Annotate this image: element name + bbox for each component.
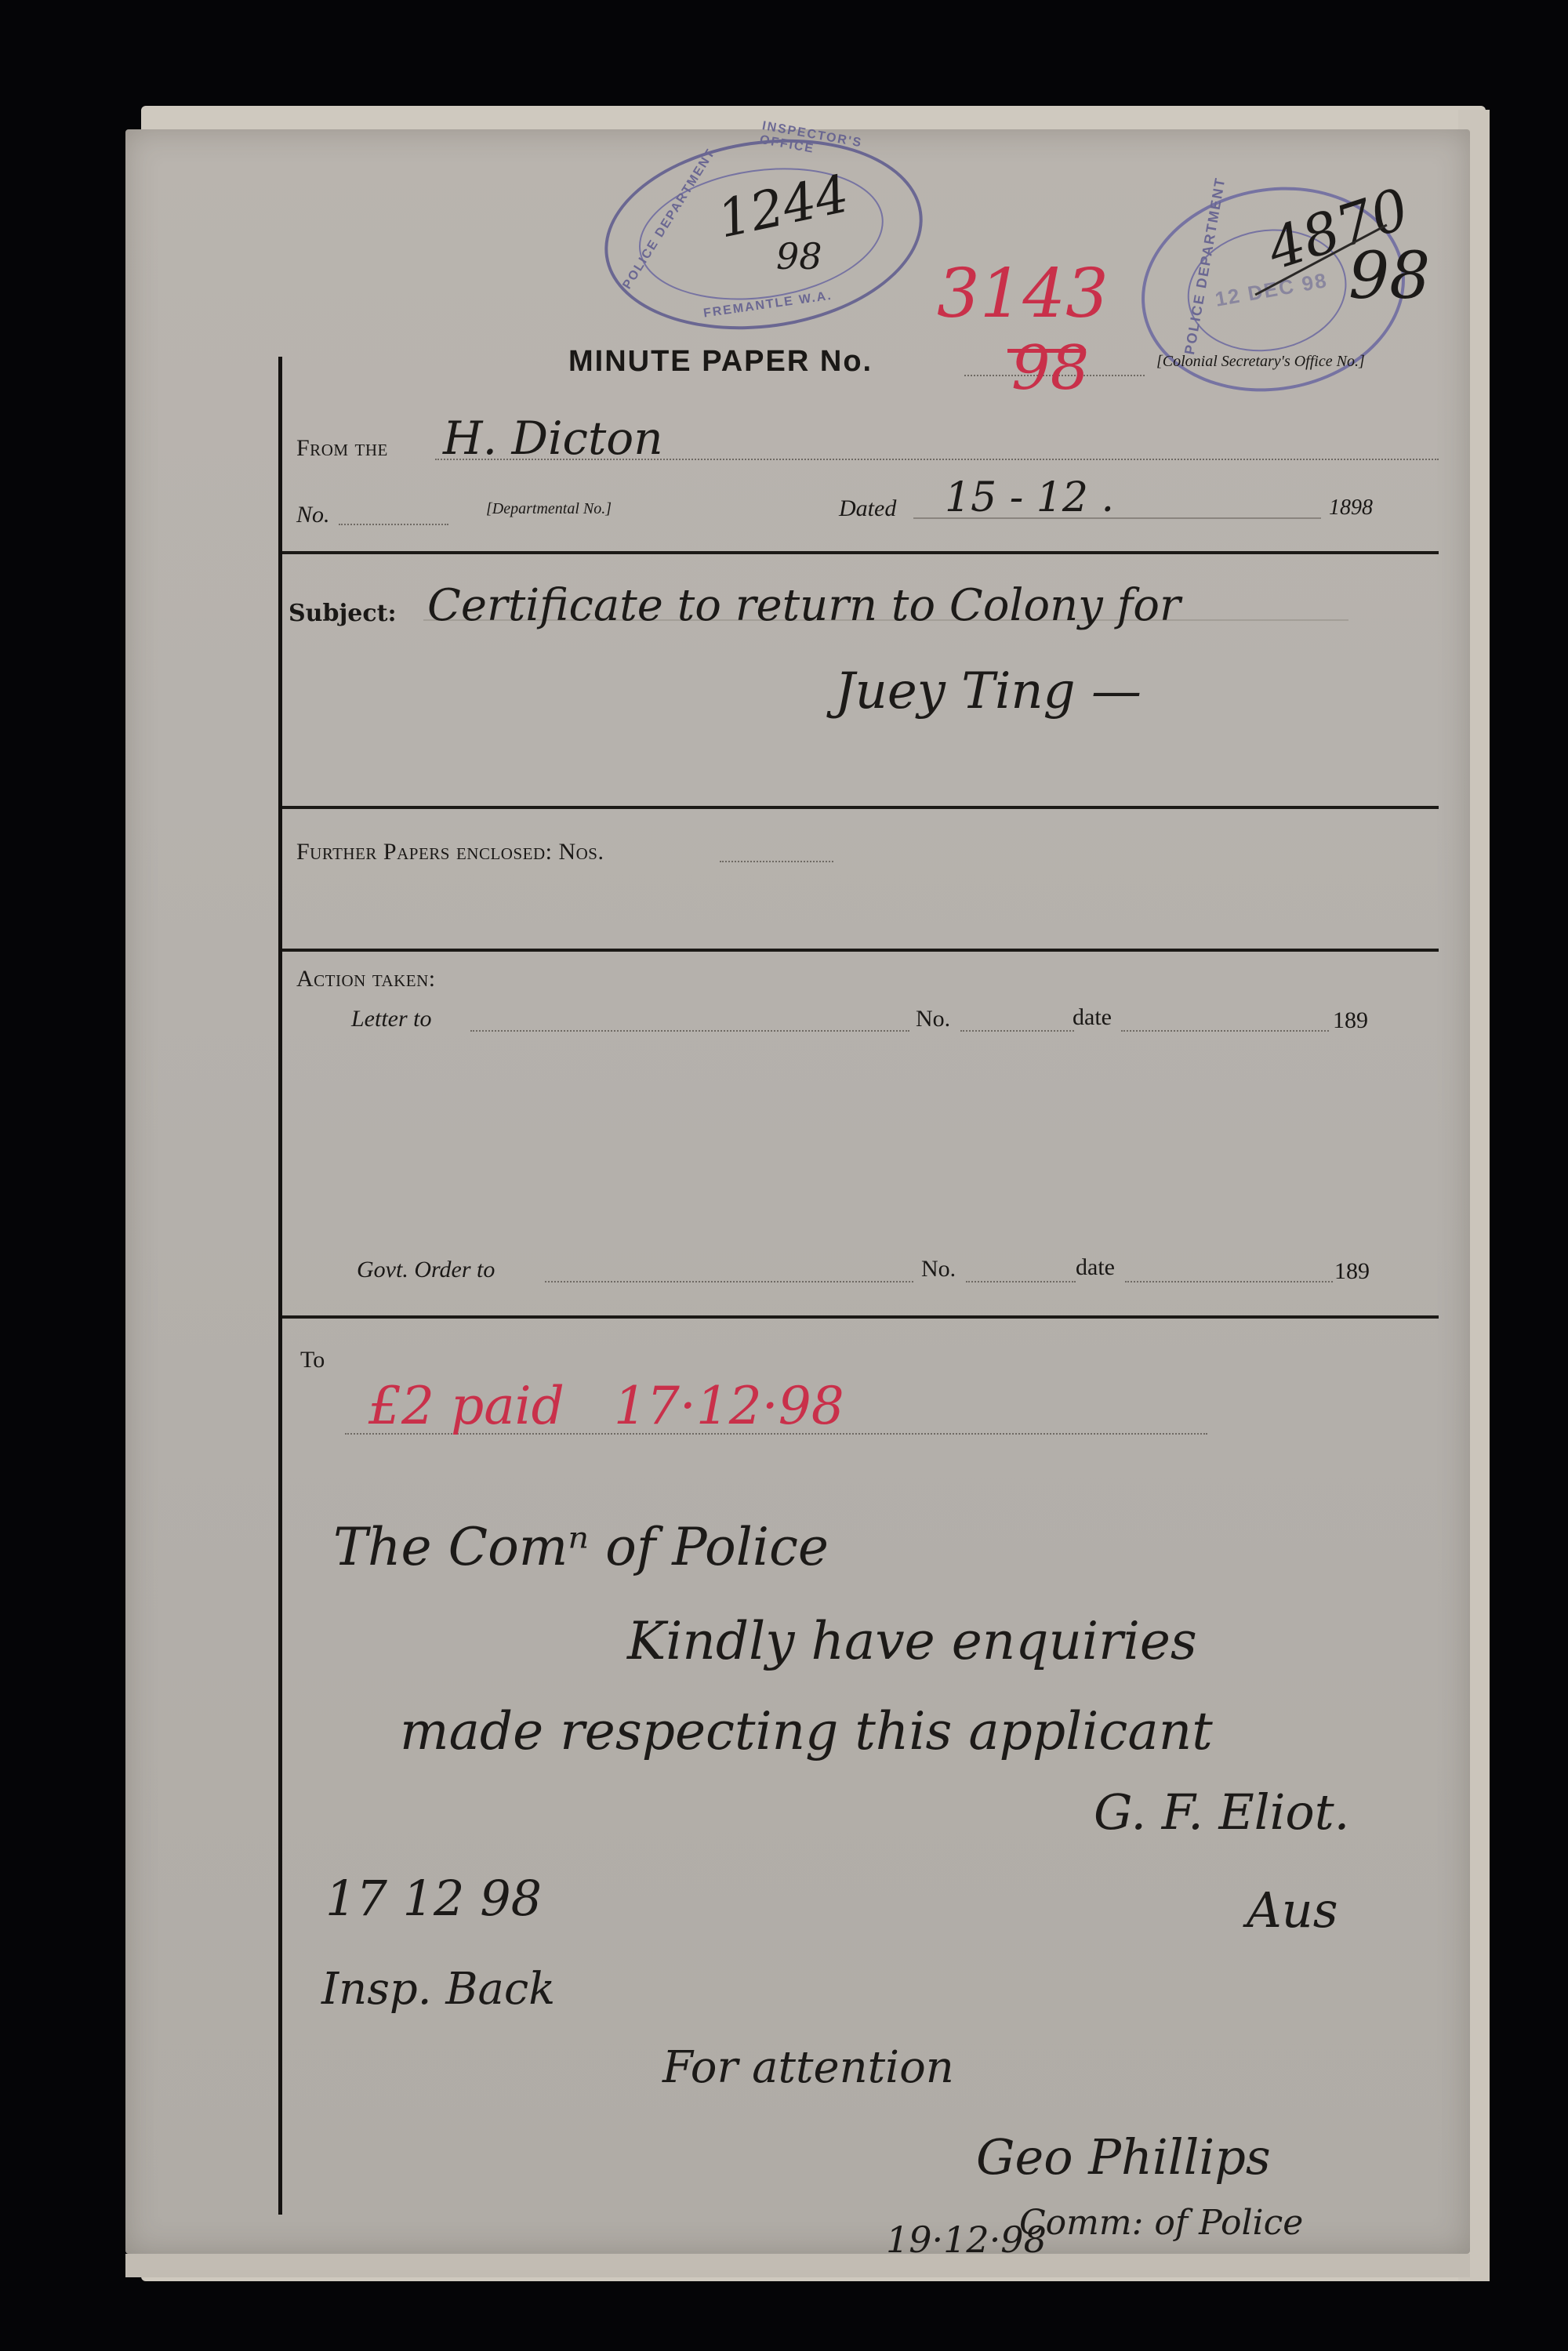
govt-order-label: Govt. Order to	[357, 1257, 495, 1283]
divider-subject	[278, 551, 1439, 554]
letter-year: 189	[1333, 1007, 1368, 1034]
colonial-secretary-office-label: [Colonial Secretary's Office No.]	[1156, 353, 1365, 371]
reply-date: 19·12·98	[886, 2219, 1047, 2261]
further-papers-line	[720, 861, 833, 862]
reply-line-1: Insp. Back	[321, 1964, 555, 2015]
departmental-no-caption: [Departmental No.]	[486, 500, 612, 518]
dated-year: 1898	[1329, 495, 1373, 521]
reply-title: Comm: of Police	[1019, 2203, 1303, 2243]
departmental-no-line	[339, 524, 448, 525]
form-left-margin-rule	[278, 357, 282, 2215]
divider-further-papers	[278, 806, 1439, 809]
form-title: MINUTE PAPER No.	[568, 345, 873, 379]
memo-signature: G. F. Eliot.	[1094, 1783, 1349, 1841]
govt-no-label: No.	[921, 1256, 956, 1283]
inspectors-stamp-year: 98	[776, 235, 822, 278]
divider-action-taken	[278, 949, 1439, 952]
further-papers-label: Further Papers enclosed: Nos.	[296, 839, 604, 865]
police-stamp-year: 98	[1348, 239, 1430, 314]
payment-note: £2 paid 17·12·98	[368, 1376, 844, 1436]
letter-date-line	[1121, 1030, 1329, 1032]
subject-line-1: Certificate to return to Colony for	[427, 580, 1181, 631]
minute-paper-year: 98	[1011, 333, 1089, 404]
divider-to	[278, 1315, 1439, 1319]
govt-no-line	[966, 1281, 1076, 1283]
from-value: H. Dicton	[443, 412, 663, 465]
letter-to-label: Letter to	[351, 1006, 432, 1032]
minute-paper-number: 3143	[937, 255, 1109, 333]
action-taken-label: Action taken:	[296, 966, 436, 992]
dated-label: Dated	[839, 495, 896, 522]
letter-date-label: date	[1073, 1004, 1112, 1031]
reply-signature: Geo Phillips	[976, 2128, 1271, 2186]
departmental-no-label: No.	[296, 502, 330, 528]
govt-date-label: date	[1076, 1254, 1115, 1281]
memo-date: 17 12 98	[325, 1870, 542, 1927]
memo-signature-title: Aus	[1247, 1881, 1338, 1939]
reply-line-2: For attention	[662, 2042, 954, 2093]
govt-date-line	[1125, 1281, 1333, 1283]
memo-addressee: The Comⁿ of Police	[333, 1517, 829, 1577]
to-label: To	[300, 1347, 325, 1373]
subject-line-2: Juey Ting —	[835, 662, 1142, 720]
dated-value: 15 - 12 .	[945, 474, 1114, 521]
govt-year: 189	[1334, 1258, 1370, 1285]
letter-no-label: No.	[916, 1006, 950, 1032]
memo-line-2: Kindly have enquiries	[627, 1611, 1197, 1671]
from-label: From the	[296, 435, 388, 462]
govt-order-line	[545, 1281, 913, 1283]
subject-label: Subject:	[289, 600, 397, 627]
letter-to-line	[470, 1030, 909, 1032]
letter-no-line	[960, 1030, 1074, 1032]
paper-bottom-edge	[125, 2254, 1470, 2277]
memo-line-3: made respecting this applicant	[400, 1701, 1213, 1761]
